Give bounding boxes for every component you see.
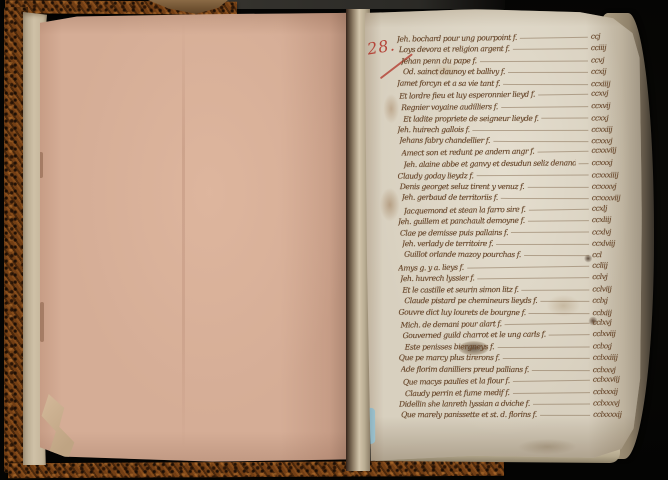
- leader-line: [501, 198, 589, 199]
- leader-line: [513, 380, 590, 382]
- leader-line: [497, 346, 590, 348]
- background-strip: [215, 0, 505, 9]
- entry-amount: ccxlvj: [592, 227, 626, 236]
- leader-line: [527, 186, 588, 187]
- entry-amount: cclxviij: [593, 330, 627, 339]
- leader-line: [540, 301, 589, 302]
- entry-amount: ccvj: [591, 56, 625, 65]
- folio-number-text: 28.: [366, 35, 397, 58]
- entry-amount: ccxxiij: [591, 125, 625, 134]
- leader-line: [473, 129, 589, 130]
- entry-amount: cclxxxvj: [593, 399, 627, 408]
- ledger-entry: Jeh. verlady de territoire f. ccxlviij: [398, 237, 626, 249]
- ledger-entry: Claudy goday lieydz f. ccxxxiiij: [398, 168, 626, 181]
- entry-text: Claude pistard pe chemineurs lieyds f.: [404, 296, 537, 305]
- ledger-entry: Jeh. huirech gallois f. ccxxiij: [397, 122, 625, 134]
- right-manuscript-page: 28. Jeh. bochard pour ung pourpoint f. c…: [365, 8, 644, 462]
- entry-text: Gouvre dict luy lourets de bourgne f.: [398, 308, 525, 317]
- entry-amount: ccxxxiiij: [592, 170, 626, 179]
- leader-line: [513, 49, 588, 51]
- ledger-entry: Claude pistard pe chemineurs lieyds f. c…: [398, 294, 626, 306]
- leader-line: [520, 37, 588, 39]
- ledger-entry: Clae pe demisse puis pallains f. ccxlvj: [398, 225, 626, 238]
- entry-text: Claudy goday lieydz f.: [398, 171, 474, 180]
- entry-amount: ccxxj: [591, 113, 625, 122]
- entry-amount: ccxliij: [592, 215, 626, 224]
- leader-line: [503, 84, 588, 85]
- leader-line: [537, 151, 588, 153]
- entry-amount: cclxxj: [593, 342, 627, 351]
- entry-amount: cclvj: [592, 272, 626, 281]
- entry-text: Que pe marcy plus tirerons f.: [399, 354, 500, 363]
- book-cover-bottom-edge: [8, 461, 504, 479]
- leader-line: [538, 94, 588, 96]
- ledger-entry: Que pe marcy plus tirerons f. cclxxiiij: [399, 351, 627, 363]
- leader-line: [493, 141, 588, 142]
- leader-line: [501, 106, 588, 108]
- entry-amount: ccliij: [592, 260, 626, 270]
- entry-amount: cclxxviij: [593, 375, 627, 385]
- entry-text: Od. sainct daunoy et ballivy f.: [403, 68, 505, 77]
- ledger-entry: Que marely panissette et st. d. florins …: [399, 408, 627, 420]
- entry-amount: ccxxviij: [591, 146, 625, 156]
- ledger-entry: Denis georget seluz tirent y venuz f. cc…: [398, 179, 626, 191]
- entry-text: Et ladite propriete de seigneur lieyde f…: [403, 113, 538, 123]
- leader-line: [511, 232, 589, 233]
- ledger-entry: Od. sainct daunoy et ballivy f. ccxij: [397, 65, 625, 77]
- leader-line: [503, 358, 590, 359]
- leader-line: [579, 163, 589, 164]
- leader-line: [529, 312, 590, 313]
- entry-amount: cclviij: [592, 284, 626, 293]
- entry-amount: cclxxiiij: [593, 353, 627, 362]
- leader-line: [549, 334, 590, 335]
- entry-text: Jeh. gerbaud de territoriis f.: [402, 193, 498, 202]
- leader-line: [542, 117, 589, 118]
- leader-line: [476, 175, 588, 177]
- leader-line: [496, 244, 589, 245]
- leader-line: [512, 392, 589, 394]
- entry-amount: cciiij: [591, 44, 625, 53]
- entries-list: Jeh. bochard pour ung pourpoint f. ccj L…: [397, 30, 627, 420]
- entry-amount: ccj: [591, 32, 625, 42]
- entry-amount: ccxlviij: [592, 239, 626, 248]
- entry-text: Que marely panissette et st. d. florins …: [401, 411, 537, 420]
- stain: [517, 439, 577, 455]
- entry-amount: cclxj: [592, 296, 626, 305]
- entry-text: Guillot orlande mazoy pourchas f.: [404, 250, 521, 259]
- leader-line: [528, 220, 589, 222]
- entry-amount: cclxxxxij: [593, 411, 627, 420]
- entry-text: Jamet forcyn et a sa vie tant f.: [397, 79, 500, 88]
- entry-amount: ccxvij: [591, 101, 625, 110]
- entry-amount: ccxxxj: [592, 158, 626, 167]
- entry-amount: cclxxxij: [593, 387, 627, 396]
- leader-line: [478, 277, 590, 279]
- leader-line: [505, 323, 590, 325]
- entry-text: Jehans fabry chandellier f.: [399, 136, 490, 145]
- leader-line: [524, 255, 589, 256]
- manuscript-photograph: 28. Jeh. bochard pour ung pourpoint f. c…: [0, 0, 668, 480]
- leader-line: [522, 289, 590, 290]
- left-blank-page: [40, 12, 348, 463]
- leader-line: [540, 415, 590, 416]
- entry-amount: ccxlj: [592, 203, 626, 213]
- page-crease: [182, 21, 185, 454]
- entry-amount: cclxvj: [592, 318, 626, 328]
- ledger-entry: Et le castille et seurin simon litz f. c…: [398, 282, 626, 295]
- leader-line: [532, 370, 590, 371]
- entry-text: Ade florim danilliers preud pallians f.: [401, 365, 529, 374]
- entry-amount: ccxxxvj: [592, 182, 626, 191]
- ledger-entry: Et ladite propriete de seigneur lieyde f…: [397, 110, 625, 123]
- leader-line: [467, 265, 589, 268]
- leader-line: [508, 72, 588, 73]
- edge-tear: [40, 302, 44, 342]
- leader-line: [528, 208, 588, 210]
- leader-line: [533, 403, 590, 404]
- leader-line: [480, 60, 588, 62]
- entry-amount: ccxij: [591, 68, 625, 77]
- entry-amount: ccxvj: [591, 89, 625, 99]
